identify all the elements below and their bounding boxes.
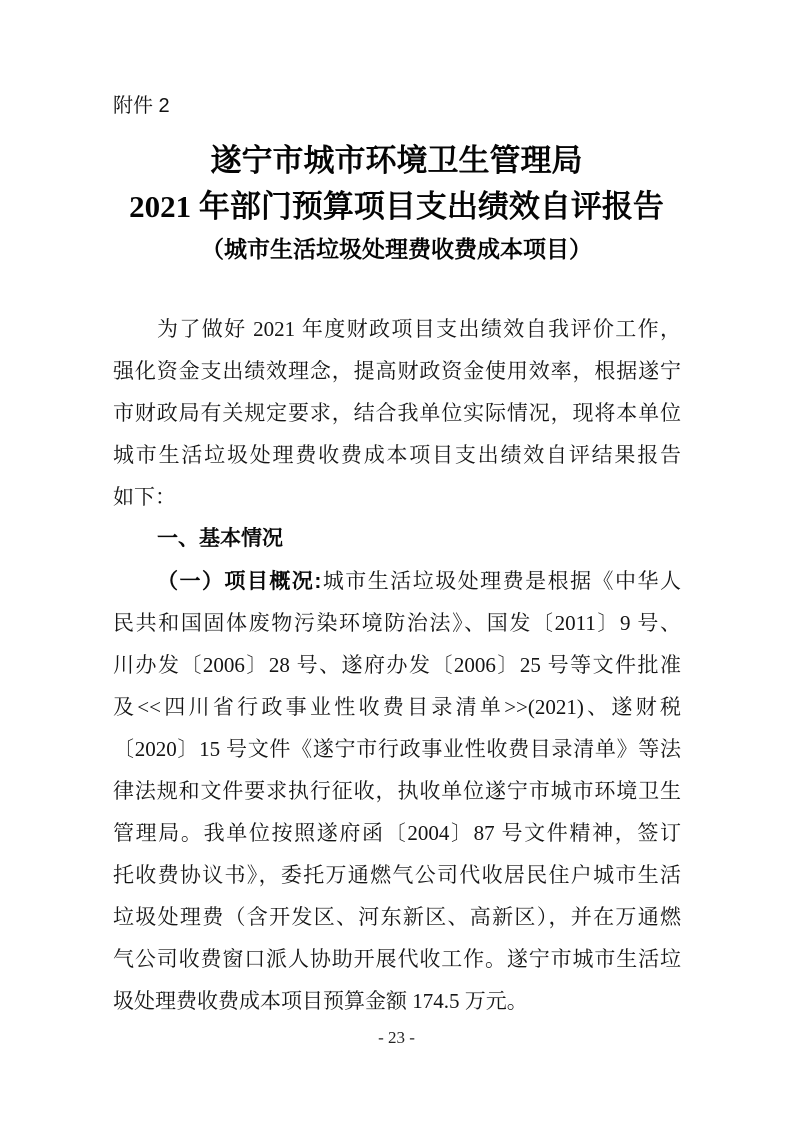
text-line: 川办发〔2006〕28 号、遂府办发〔2006〕25 号等文件批准: [113, 644, 681, 686]
text-line: 托收费协议书》，委托万通燃气公司代收居民住户城市生活: [113, 854, 681, 896]
page-number: - 23 -: [0, 1027, 793, 1049]
text-line: 为了做好 2021 年度财政项目支出绩效自我评价工作，: [113, 308, 681, 350]
document-title-line2: 2021 年部门预算项目支出绩效自评报告: [0, 186, 793, 228]
text-segment: 托收费协议书》，委托万通燃气公司代收居民住户城市生活: [113, 863, 681, 887]
text-line: 垃圾处理费（含开发区、河东新区、高新区），并在万通燃: [113, 896, 681, 938]
document-title-line1: 遂宁市城市环境卫生管理局: [0, 141, 793, 181]
text-segment: 律法规和文件要求执行征收，执收单位遂宁市城市环境卫生: [113, 779, 681, 803]
text-line: 圾处理费收费成本项目预算金额 174.5 万元。: [113, 980, 681, 1022]
text-line: 市财政局有关规定要求，结合我单位实际情况，现将本单位: [113, 392, 681, 434]
text-line: 管理局。我单位按照遂府函〔2004〕87 号文件精神，签订《委: [113, 812, 681, 854]
text-line: 及<<四川省行政事业性收费目录清单>>(2021)、遂财税: [113, 686, 681, 728]
text-line: 律法规和文件要求执行征收，执收单位遂宁市城市环境卫生: [113, 770, 681, 812]
document-body: 为了做好 2021 年度财政项目支出绩效自我评价工作，强化资金支出绩效理念，提高…: [113, 308, 681, 1022]
text-segment: 气公司收费窗口派人协助开展代收工作。遂宁市城市生活垃: [113, 947, 681, 971]
section-heading: 一、基本情况: [113, 518, 681, 560]
text-segment: 城市生活垃圾处理费收费成本项目支出绩效自评结果报告: [113, 443, 681, 467]
document-subtitle: （城市生活垃圾处理费收费成本项目）: [0, 234, 793, 266]
text-line: 民共和国固体废物污染环境防治法》、国发〔2011〕9 号、: [113, 602, 681, 644]
text-segment: 为了做好 2021 年度财政项目支出绩效自我评价工作，: [157, 317, 681, 341]
document-page: 附件 2 遂宁市城市环境卫生管理局 2021 年部门预算项目支出绩效自评报告 （…: [0, 0, 793, 1122]
paragraph: （一）项目概况:城市生活垃圾处理费是根据《中华人民共和国固体废物污染环境防治法》…: [113, 560, 681, 1022]
text-line: （一）项目概况:城市生活垃圾处理费是根据《中华人: [113, 560, 681, 602]
text-segment: 管理局。我单位按照遂府函〔2004〕87 号文件精神，签订《委: [113, 821, 681, 854]
text-line: 〔2020〕15 号文件《遂宁市行政事业性收费目录清单》等法: [113, 728, 681, 770]
text-segment: 城市生活垃圾处理费是根据《中华人: [321, 569, 681, 593]
bold-text-segment: （一）项目概况:: [157, 570, 321, 593]
paragraph: 为了做好 2021 年度财政项目支出绩效自我评价工作，强化资金支出绩效理念，提高…: [113, 308, 681, 518]
text-segment: 民共和国固体废物污染环境防治法》、国发〔2011〕9 号、: [113, 611, 681, 635]
text-line: 气公司收费窗口派人协助开展代收工作。遂宁市城市生活垃: [113, 938, 681, 980]
text-segment: 川办发〔2006〕28 号、遂府办发〔2006〕25 号等文件批准: [113, 653, 681, 677]
text-segment: 如下：: [113, 485, 176, 509]
text-segment: 及<<四川省行政事业性收费目录清单>>(2021)、遂财税: [113, 695, 681, 719]
text-segment: 市财政局有关规定要求，结合我单位实际情况，现将本单位: [113, 401, 681, 425]
text-segment: 〔2020〕15 号文件《遂宁市行政事业性收费目录清单》等法: [113, 737, 681, 761]
text-segment: 垃圾处理费（含开发区、河东新区、高新区），并在万通燃: [113, 905, 681, 929]
text-segment: 圾处理费收费成本项目预算金额 174.5 万元。: [113, 989, 528, 1013]
text-line: 如下：: [113, 476, 681, 518]
text-line: 强化资金支出绩效理念，提高财政资金使用效率，根据遂宁: [113, 350, 681, 392]
text-line: 城市生活垃圾处理费收费成本项目支出绩效自评结果报告: [113, 434, 681, 476]
text-segment: 强化资金支出绩效理念，提高财政资金使用效率，根据遂宁: [113, 359, 681, 383]
attachment-label: 附件 2: [113, 92, 170, 120]
